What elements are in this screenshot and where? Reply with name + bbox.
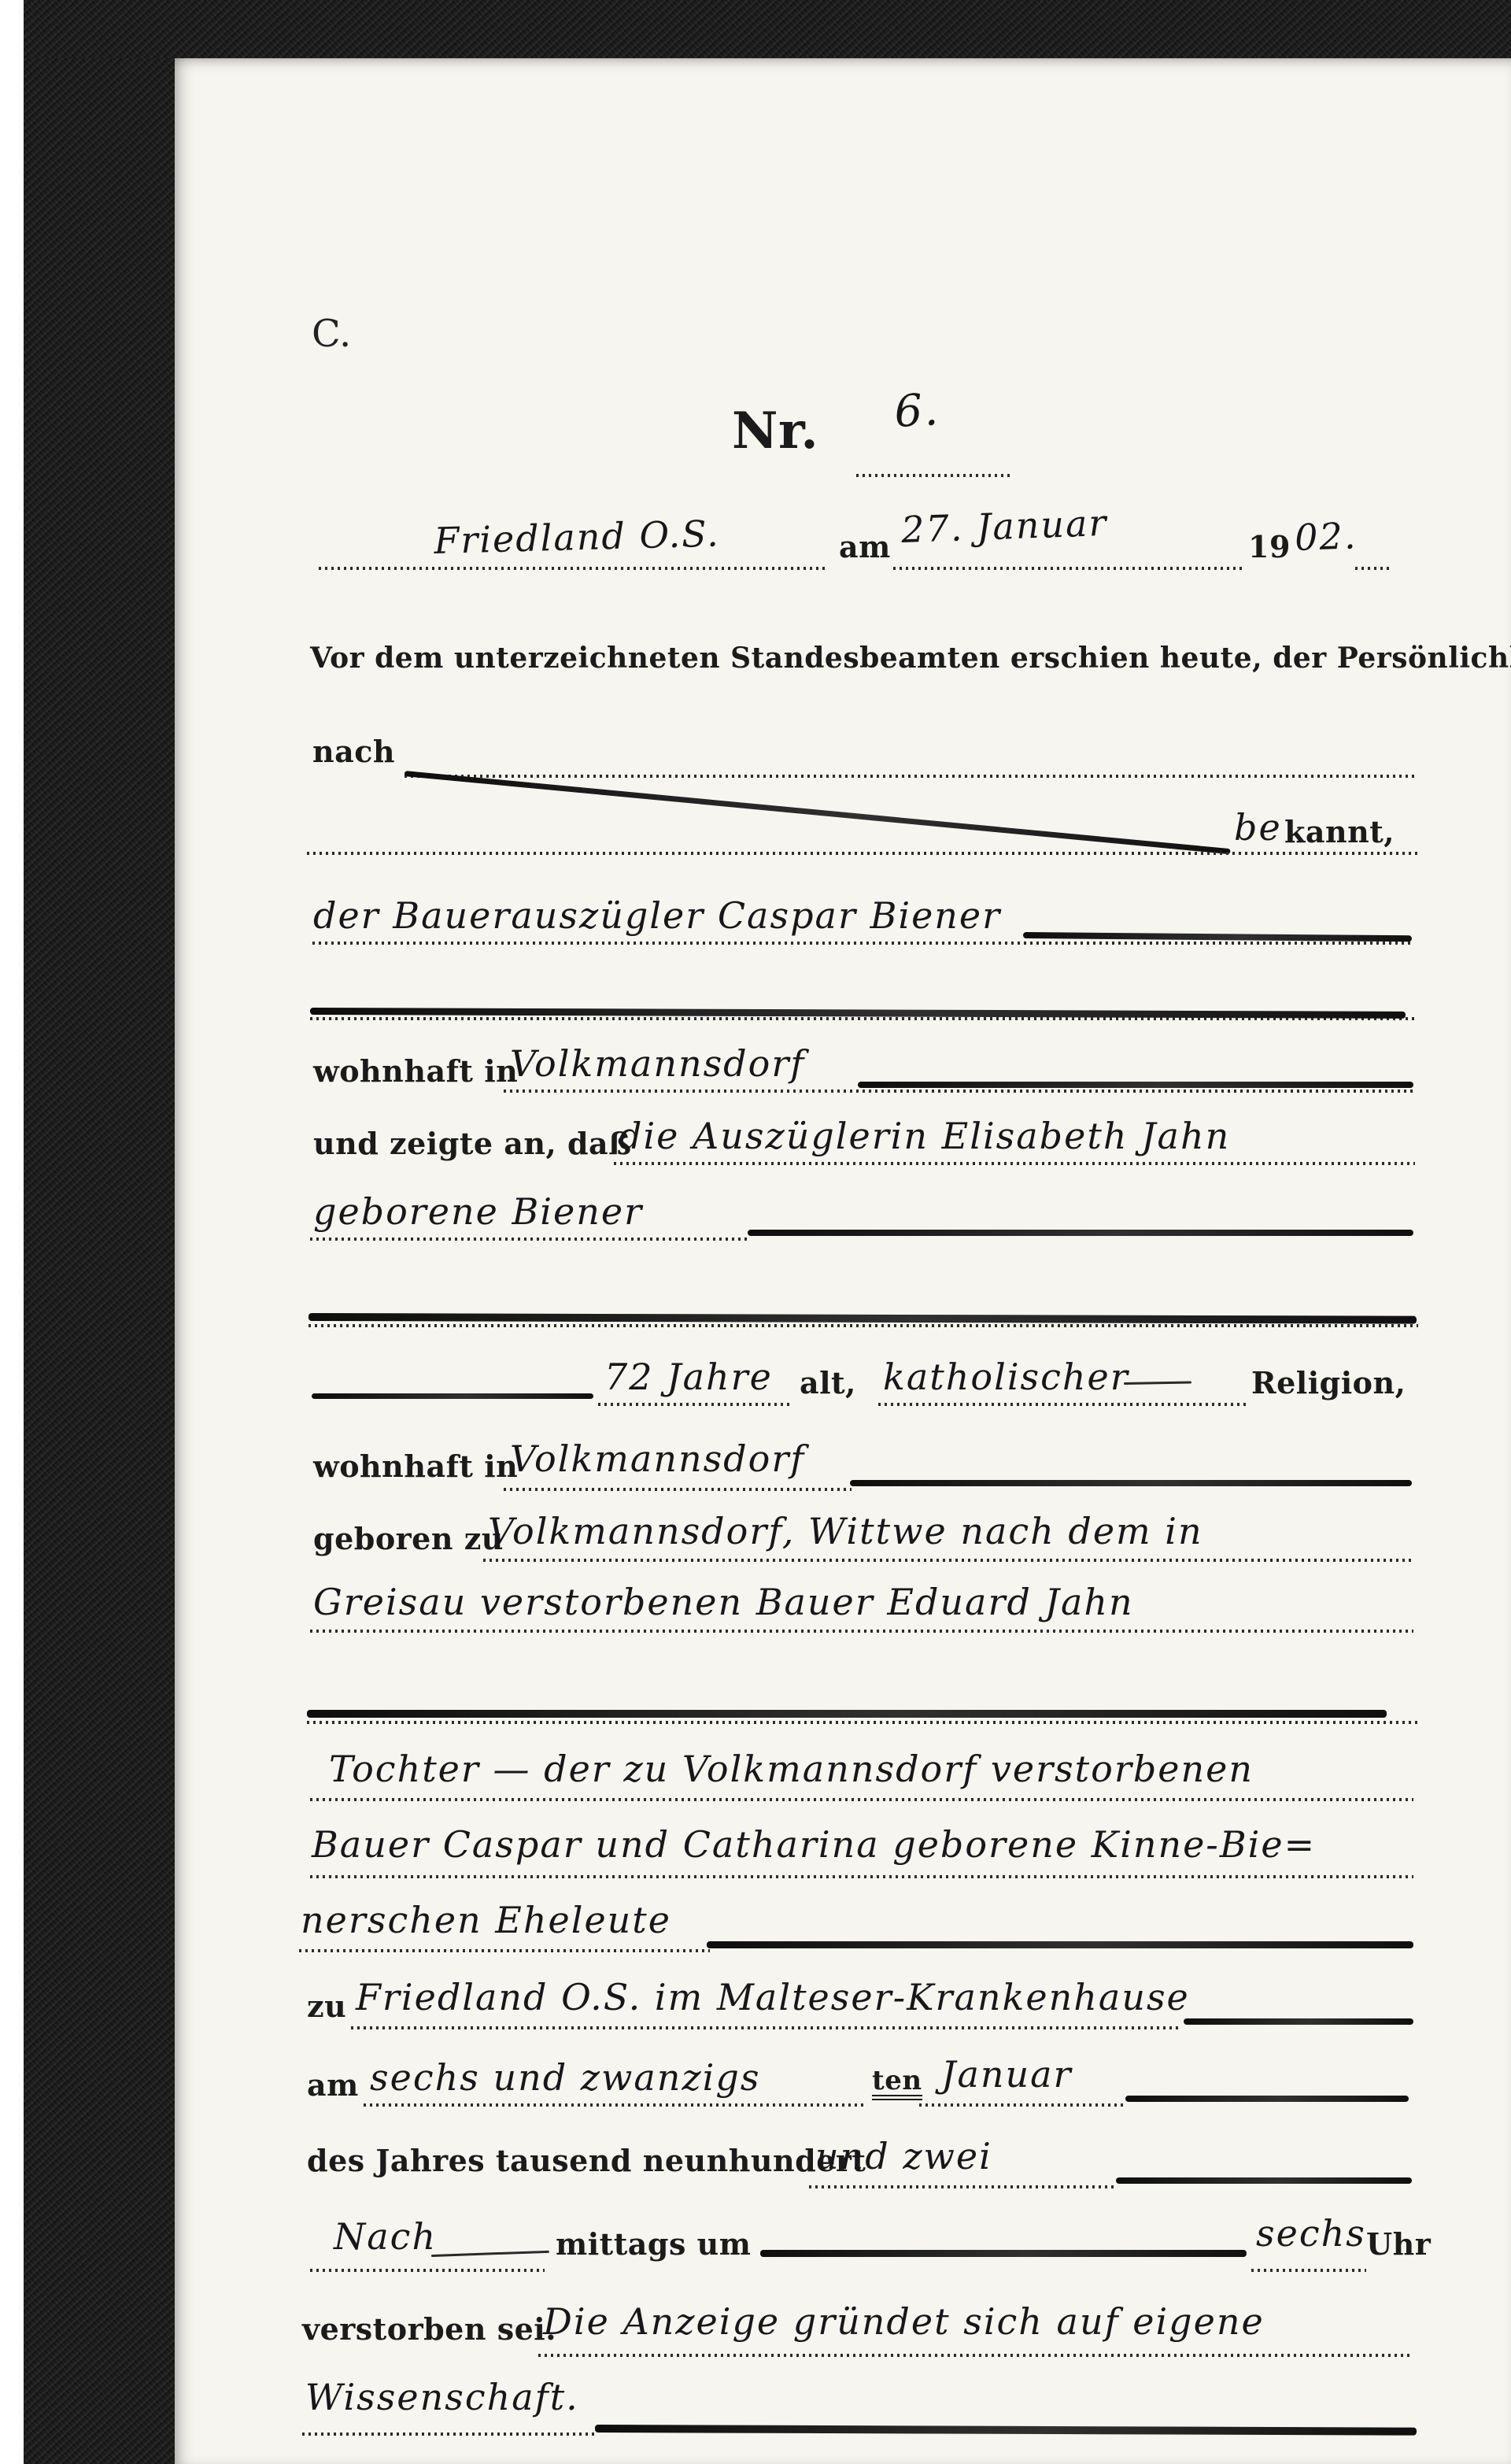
- strikethrough-line: [748, 1230, 1413, 1236]
- nach-label: nach: [312, 737, 395, 767]
- death-date-entry-2: Januar: [941, 2056, 1073, 2092]
- ruled-dotted-line: [312, 942, 1413, 945]
- ruled-dotted-line: [1355, 567, 1391, 570]
- record-number-line: [856, 474, 1014, 477]
- ruled-dotted-line: [310, 1238, 751, 1241]
- ruled-dotted-line: [319, 567, 829, 570]
- book-binding-left: [24, 0, 175, 2464]
- strikethrough-line: [1184, 2018, 1413, 2025]
- record-number-label: Nr.: [732, 406, 818, 457]
- maiden-name-entry: geborene Biener: [313, 1193, 643, 1230]
- ruled-dotted-line: [308, 1324, 1418, 1327]
- date-entry: 27. Januar: [900, 505, 1108, 548]
- death-year-label: des Jahres tausend neunhundert: [307, 2146, 866, 2176]
- ruled-dotted-line: [351, 2026, 1182, 2029]
- deceased-entry: die Auszüglerin Elisabeth Jahn: [619, 1118, 1230, 1154]
- death-time-label: mittags um: [556, 2229, 751, 2259]
- declarant-entry: der Bauerauszügler Caspar Biener: [313, 897, 1001, 934]
- ruled-dotted-line: [310, 1630, 1413, 1633]
- residence-label-2: wohnhaft in: [313, 1452, 518, 1482]
- residence-label-1: wohnhaft in: [313, 1056, 518, 1086]
- death-place-entry: Friedland O.S. im Malteser-Krankenhause: [356, 1979, 1190, 2015]
- religion-label: Religion,: [1251, 1368, 1406, 1398]
- birth-entry-line1: Volkmannsdorf, Wittwe nach dem in: [488, 1513, 1203, 1549]
- ruled-dotted-line: [302, 2433, 598, 2436]
- ruled-dotted-line: [809, 2185, 1118, 2188]
- closing-entry-line2: Wissenschaft.: [305, 2379, 579, 2415]
- uhr-label: Uhr: [1366, 2229, 1431, 2259]
- death-year-entry: und zwei: [815, 2138, 992, 2174]
- bekannt-handwritten: be: [1234, 809, 1282, 845]
- parents-entry-line1: Tochter — der zu Volkmannsdorf verstorbe…: [329, 1751, 1254, 1787]
- strikethrough-line: [760, 2250, 1247, 2257]
- bekannt-printed: kannt,: [1284, 817, 1395, 847]
- ruled-dotted-line: [307, 852, 1420, 855]
- residence-entry-2: Volkmannsdorf: [510, 1441, 805, 1477]
- ruled-dotted-line: [598, 1403, 793, 1406]
- ruled-dotted-line: [878, 1403, 1247, 1406]
- ruled-dotted-line: [299, 1949, 710, 1952]
- report-label: und zeigte an, daß: [313, 1129, 632, 1159]
- parents-entry-line2: Bauer Caspar und Catharina geborene Kinn…: [312, 1826, 1316, 1863]
- ruled-dotted-line: [364, 2103, 864, 2107]
- death-date-label: am: [307, 2070, 359, 2100]
- ruled-dotted-line: [310, 2269, 545, 2272]
- ruled-dotted-line: [1251, 2269, 1366, 2272]
- death-date-entry-1: sechs und zwanzigs: [370, 2059, 760, 2096]
- ruled-dotted-line: [538, 2354, 1413, 2357]
- ruled-dotted-line: [483, 1559, 1413, 1562]
- ordinal-suffix: ten: [872, 2067, 922, 2100]
- year-entry: 02.: [1294, 517, 1358, 556]
- strikethrough-line: [1116, 2177, 1412, 2184]
- ruled-dotted-line: [405, 775, 1417, 778]
- ruled-dotted-line: [614, 1162, 1415, 1165]
- place-entry: Friedland O.S.: [434, 516, 720, 559]
- death-place-label: zu: [307, 1992, 346, 2022]
- death-time-prefix-entry: Nach: [334, 2218, 437, 2255]
- strikethrough-line: [850, 1480, 1412, 1486]
- religion-entry: katholischer: [883, 1359, 1129, 1395]
- parents-entry-line3: nerschen Eheleute: [301, 1902, 671, 1938]
- ruled-dotted-line: [893, 567, 1243, 570]
- birth-label: geboren zu: [313, 1524, 504, 1554]
- residence-entry-1: Volkmannsdorf: [510, 1045, 805, 1082]
- year-printed: 19: [1248, 532, 1291, 562]
- alt-label: alt,: [800, 1368, 856, 1398]
- strikethrough-line: [307, 1710, 1387, 1718]
- ruled-dotted-line: [310, 1875, 1413, 1878]
- ruled-dotted-line: [504, 1488, 852, 1491]
- book-binding-top: [24, 0, 1511, 58]
- strikethrough-line: [707, 1941, 1413, 1948]
- record-number-value: 6.: [893, 388, 940, 435]
- section-letter: C.: [312, 312, 351, 356]
- strikethrough-line: [312, 1393, 593, 1399]
- am-label: am: [839, 532, 891, 562]
- intro-line: Vor dem unterzeichneten Standesbeamten e…: [310, 644, 1511, 672]
- ruled-dotted-line: [307, 1721, 1418, 1724]
- strikethrough-line: [858, 1082, 1413, 1088]
- age-entry: 72 Jahre: [604, 1359, 773, 1395]
- closing-label: verstorben sei.: [302, 2314, 556, 2344]
- death-time-entry: sechs: [1256, 2215, 1366, 2251]
- ruled-dotted-line: [504, 1090, 1413, 1093]
- ruled-dotted-line: [919, 2103, 1125, 2107]
- birth-entry-line2: Greisau verstorbenen Bauer Eduard Jahn: [313, 1584, 1134, 1620]
- closing-entry-line1: Die Anzeige gründet sich auf eigene: [543, 2303, 1265, 2340]
- ruled-dotted-line: [310, 1798, 1413, 1801]
- strikethrough-line: [1125, 2096, 1409, 2102]
- scanned-death-record: { "doc": { "corner_letter": "C.", "numbe…: [0, 0, 1511, 2464]
